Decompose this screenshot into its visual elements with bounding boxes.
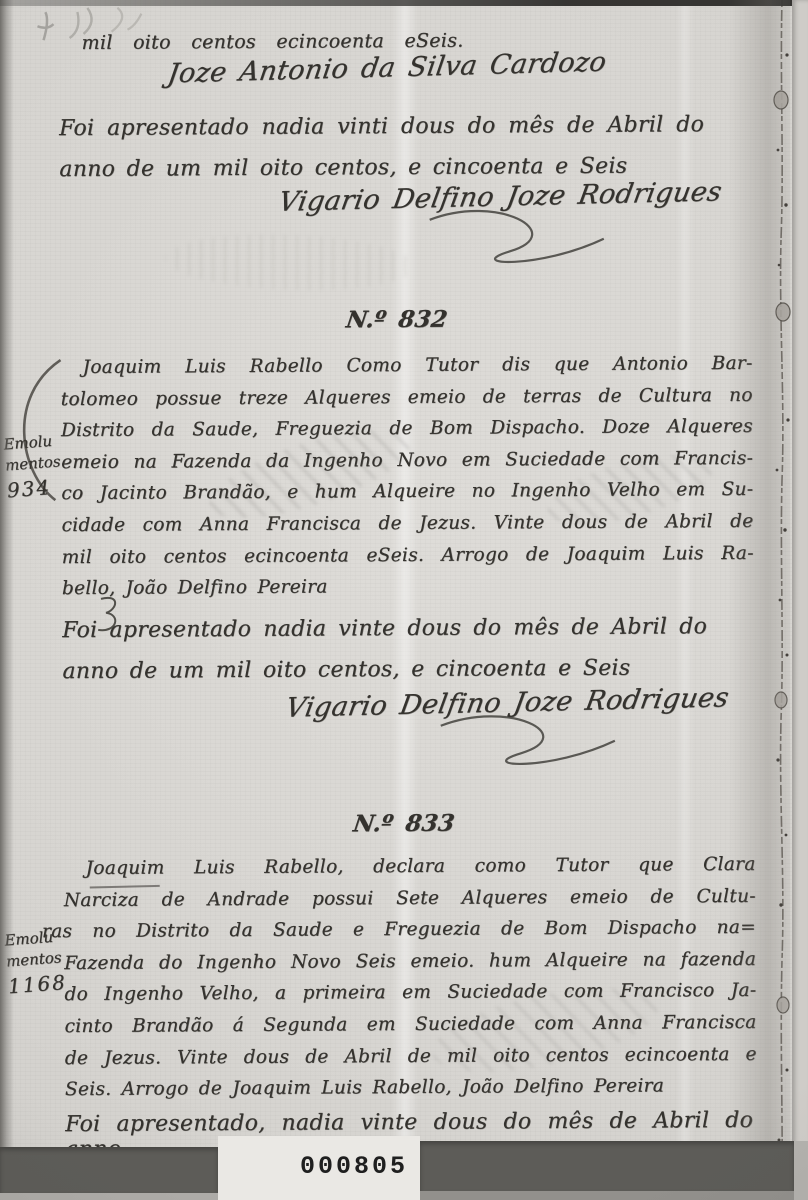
- signature-flourish: [418, 207, 618, 268]
- handwritten-line: do Ingenho Velho, a primeira em Suciedad…: [64, 975, 756, 1011]
- margin-note-amount: 934: [6, 472, 66, 501]
- handwritten-line: ras no Distrito da Saude e Freguezia de …: [42, 912, 756, 948]
- scanner-band: [0, 1147, 218, 1193]
- scanner-band-edge: [420, 1191, 794, 1200]
- presentation-note: Foi apresentado nadia vinte dous do mês …: [62, 606, 707, 692]
- handwritten-line: Fazenda do Ingenho Novo Seis emeio. hum …: [64, 944, 756, 980]
- scanned-document-page: mil oito centos ecincoenta eSeis. Joze A…: [0, 0, 808, 1200]
- handwritten-line: cidade com Anna Francisca de Jezus. Vint…: [61, 506, 753, 542]
- scan-edge-top: [0, 0, 808, 6]
- opening-line: mil oito centos ecincoenta eSeis.: [82, 30, 464, 54]
- handwritten-line: mil oito centos ecincoenta eSeis. Arrogo…: [62, 537, 754, 573]
- margin-note-line: mentos: [5, 947, 64, 972]
- handwritten-line: Foi apresentado nadia vinte dous do mês …: [62, 606, 707, 651]
- handwritten-line: bello, João Delfino Pereira: [62, 569, 754, 605]
- page-gutter-shading: [728, 0, 790, 1200]
- handwritten-line: anno de um mil oito centos, e cincoenta …: [62, 648, 630, 692]
- record-832-text: Joaquim Luis Rabello Como Tutor dis que …: [60, 348, 754, 605]
- handwritten-line: cinto Brandão á Segunda em Suciedade com…: [65, 1007, 757, 1043]
- margin-note-amount: 1168: [7, 968, 67, 997]
- record-833-text: Joaquim Luis Rabello, declara como Tutor…: [64, 849, 758, 1106]
- handwritten-line: Joaquim Luis Rabello Como Tutor dis que …: [60, 348, 752, 384]
- record-number-833: N.º 833: [352, 810, 457, 838]
- signature-flourish: [431, 711, 631, 772]
- scanner-band-edge: [0, 1193, 218, 1200]
- handwritten-line: Foi apresentado nadia vinti dous do mês …: [59, 104, 704, 149]
- handwritten-line: Narciza de Andrade possui Sete Alqueres …: [64, 880, 756, 916]
- scan-edge-left: [0, 0, 14, 1200]
- adjacent-page-edge: [792, 0, 808, 1200]
- presentation-note: Foi apresentado nadia vinti dous do mês …: [59, 104, 704, 190]
- scanner-band: [420, 1141, 794, 1191]
- handwritten-line: Distrito da Saude, Freguezia de Bom Disp…: [61, 411, 753, 447]
- handwritten-line: co Jacinto Brandão, e hum Alqueire no In…: [61, 474, 753, 510]
- handwritten-line: de Jezus. Vinte dous de Abril de mil oit…: [65, 1038, 757, 1074]
- handwritten-line: Joaquim Luis Rabello, declara como Tutor…: [64, 849, 756, 885]
- record-number-832: N.º 832: [344, 306, 449, 334]
- handwriting-layer: mil oito centos ecincoenta eSeis. Joze A…: [0, 0, 808, 1200]
- scanner-band-corner: [794, 1141, 808, 1200]
- handwritten-line: tolomeo possue treze Alqueres emeio de t…: [61, 379, 753, 415]
- handwritten-line: Seis. Arrogo de Joaquim Luis Rabello, Jo…: [65, 1070, 757, 1106]
- handwritten-line: emeio na Fazenda da Ingenho Novo em Suci…: [61, 443, 753, 479]
- archive-page-stamp: 000805: [300, 1152, 408, 1181]
